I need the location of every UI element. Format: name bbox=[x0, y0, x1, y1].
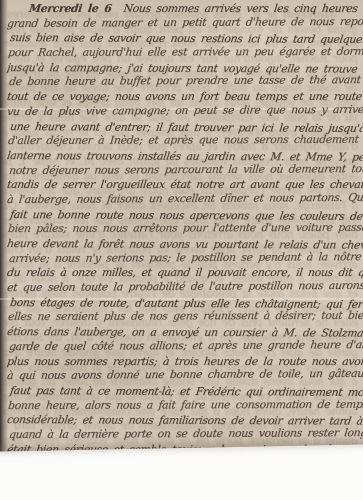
letter-body: Mercredi le 6Nous sommes arrivés vers le… bbox=[7, 2, 363, 487]
handwriting-line: de bonne heure au buffet pour prendre un… bbox=[6, 74, 363, 91]
handwriting-line: à qui nous avons donné une bonne chambre… bbox=[6, 367, 363, 384]
handwriting-line: grand besoin de manger et un petit quart… bbox=[6, 15, 363, 32]
bleedthrough-line: peinte d'une bonne âme; même elle était … bbox=[0, 463, 358, 478]
handwriting-line: bien pâles; nous nous arrêtons pour l'at… bbox=[6, 221, 363, 237]
handwriting-line: d'aller déjeuner à Inède; et après que n… bbox=[6, 133, 363, 149]
letter-dateline: Mercredi le 6 bbox=[28, 2, 112, 17]
handwriting-line: pour Rachel, aujourd'hui elle est arrivé… bbox=[6, 45, 363, 61]
handwriting-line: quand à la dernière porte on se doute no… bbox=[6, 426, 363, 443]
handwriting-line: et que selon toute la probabilité de l'a… bbox=[6, 279, 363, 296]
letter-page: Mercredi le 6Nous sommes arrivés vers le… bbox=[0, 0, 363, 500]
handwriting-line: à l'auberge, nous faisons un excellent d… bbox=[6, 191, 363, 208]
handwriting-line-first-text: Nous sommes arrivés vers les cinq heures… bbox=[123, 2, 363, 15]
handwriting-line: bonne heure, alors nous a fait faire une… bbox=[6, 397, 363, 413]
handwriting-line: elles ne seraient plus de nos gens réuni… bbox=[6, 309, 363, 325]
letter-scan: Mercredi le 6Nous sommes arrivés vers le… bbox=[0, 0, 363, 500]
handwriting-line: peinte d'une bonne âme; même elle était … bbox=[6, 455, 363, 472]
handwriting-line: arrivée; nous n'y serions pas; le postil… bbox=[6, 250, 363, 267]
handwriting-line: le faire d'abord quand les postillons al… bbox=[6, 472, 363, 489]
handwriting-line: notre déjeuner nous serons parcourant la… bbox=[6, 162, 363, 179]
bleedthrough-line: le faire d'abord quand les postillons al… bbox=[0, 478, 358, 493]
handwriting-line: vu de la plus vive campagne; on peut se … bbox=[6, 103, 363, 120]
handwriting-line: garde de quel côté nous allions; et aprè… bbox=[6, 338, 363, 355]
